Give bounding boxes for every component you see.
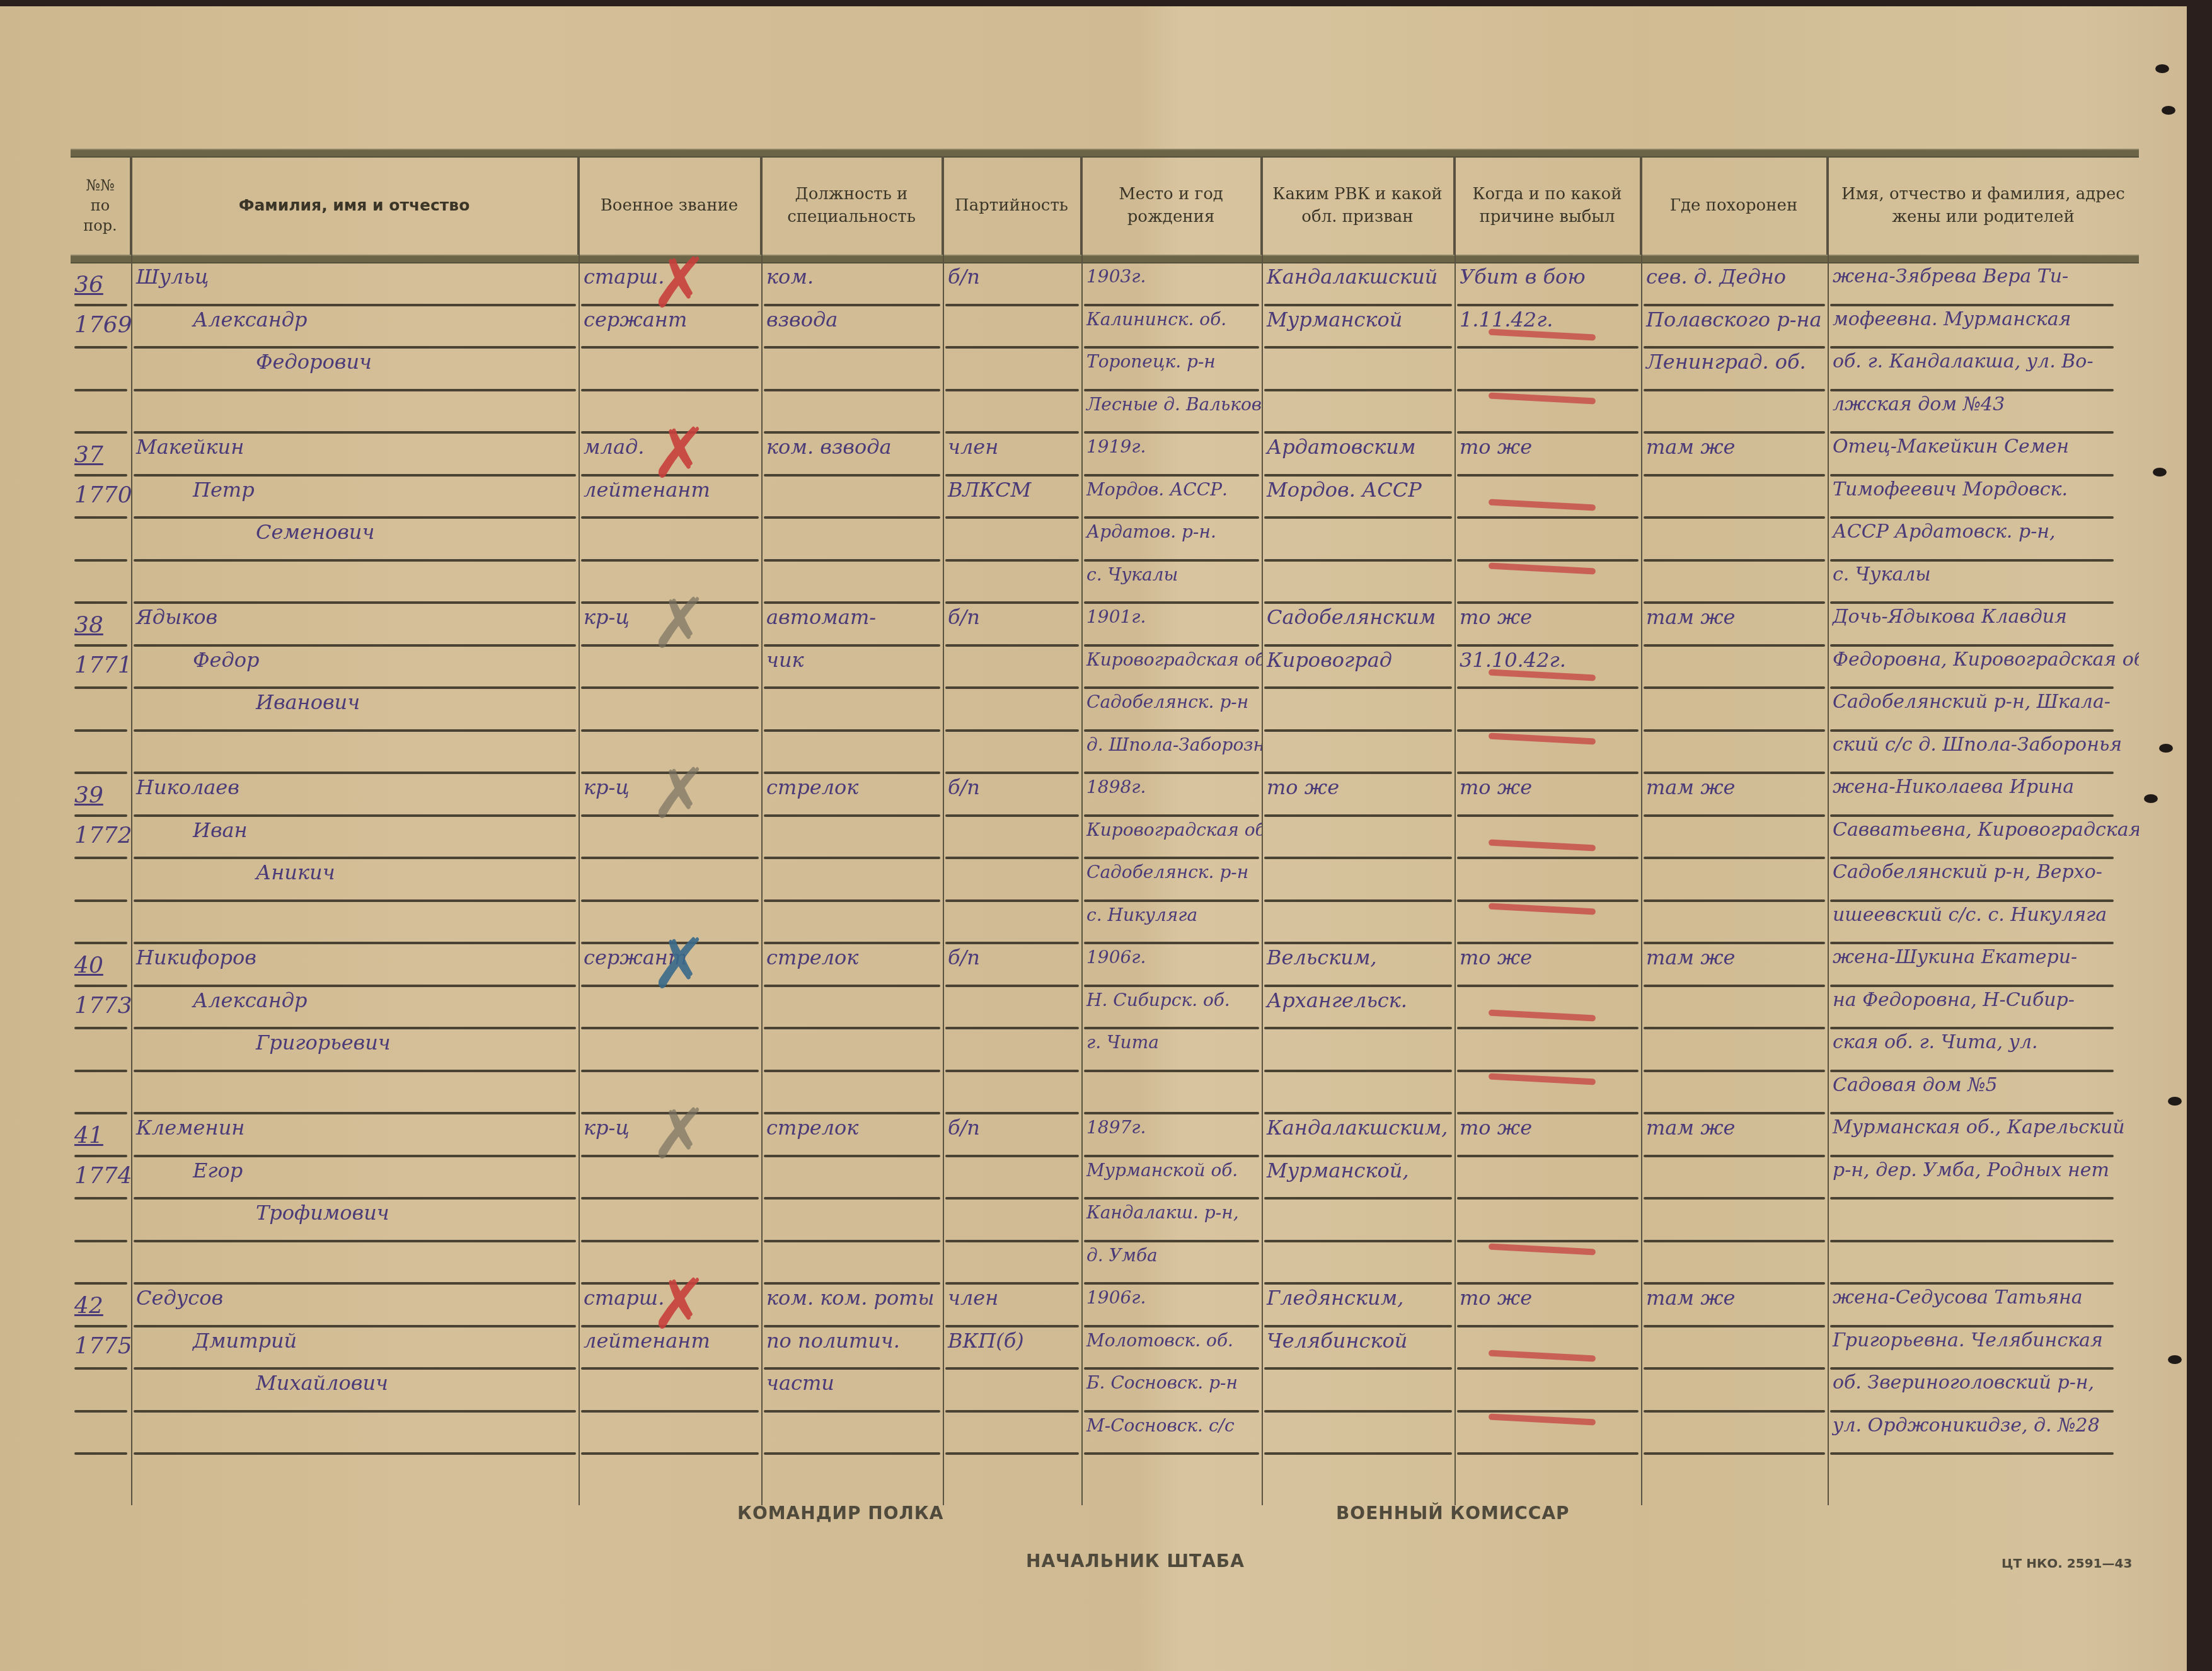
- ruled-line: [74, 559, 127, 562]
- ruled-line: [945, 304, 1079, 306]
- ruled-line: [74, 1240, 127, 1242]
- red-pencil-dash: [1489, 1244, 1596, 1256]
- ruled-line: [74, 516, 127, 519]
- sequence-number: 37: [74, 435, 132, 475]
- register-number: 1773: [74, 986, 132, 1026]
- ruled-line: [1644, 686, 1825, 689]
- ruled-line: [764, 389, 940, 391]
- ruled-line: [1644, 985, 1825, 987]
- ruled-line: [1830, 1452, 2114, 1455]
- ruled-line: [1644, 389, 1825, 391]
- table-row: 401773НикифоровАлександрГригорьевичсержа…: [71, 944, 2139, 1114]
- header-rank: Военное звание: [579, 156, 761, 255]
- cell-rvk: Кировоград: [1262, 633, 1455, 687]
- signature-chief-of-staff: НАЧАЛЬНИК ШТАБА: [1026, 1551, 1245, 1571]
- ruled-line: [1457, 1367, 1639, 1370]
- binding-hole: [2168, 1097, 2182, 1106]
- ruled-line: [134, 1410, 576, 1413]
- check-mark-icon: ✗: [650, 419, 708, 488]
- ruled-line: [74, 1070, 127, 1072]
- check-mark-icon: ✗: [650, 759, 708, 828]
- document-sheet: №№ по пор. Фамилия, имя и отчество Военн…: [0, 6, 2187, 1671]
- signature-commander: КОМАНДИР ПОЛКА: [737, 1503, 943, 1524]
- cell-buried: там же: [1641, 760, 1828, 814]
- ruled-line: [764, 899, 940, 902]
- header-buried: Где похоронен: [1641, 156, 1828, 255]
- ruled-line: [134, 1452, 576, 1455]
- ruled-line: [945, 1155, 1079, 1157]
- binding-hole: [2168, 1355, 2182, 1364]
- ruled-line: [1264, 1367, 1452, 1370]
- ruled-line: [581, 729, 759, 732]
- check-mark-icon: ✗: [650, 1269, 708, 1339]
- cell-party: б/п: [943, 1101, 1081, 1155]
- cell-name: Семенович: [251, 505, 579, 559]
- ruled-line: [1644, 559, 1825, 562]
- ruled-line: [74, 346, 127, 349]
- cell-when: 31.10.42г.: [1455, 633, 1641, 687]
- cell-party: б/п: [943, 590, 1081, 644]
- ruled-line: [1264, 1240, 1452, 1242]
- ruled-line: [1644, 1070, 1825, 1072]
- cell-party: ВКП(б): [943, 1314, 1081, 1368]
- register-number: 1774: [74, 1156, 132, 1196]
- ruled-line: [1457, 389, 1639, 391]
- ruled-line: [1644, 814, 1825, 817]
- ruled-line: [1644, 516, 1825, 519]
- header-num: №№ по пор.: [71, 156, 131, 255]
- ruled-line: [764, 729, 940, 732]
- cell-position: взвода: [761, 292, 943, 347]
- ruled-line: [945, 559, 1079, 562]
- ruled-line: [581, 899, 759, 902]
- header-rvk: Каким РВК и какой обл. призван: [1262, 156, 1455, 255]
- binding-hole: [2155, 64, 2169, 73]
- cell-when: 1.11.42г.: [1455, 292, 1641, 347]
- ruled-line: [1457, 1240, 1639, 1242]
- ruled-line: [945, 857, 1079, 859]
- red-pencil-dash: [1489, 1010, 1596, 1022]
- header-relatives: Имя, отчество и фамилия, адрес жены или …: [1828, 156, 2139, 255]
- cell-buried: там же: [1641, 930, 1828, 985]
- cell-rvk: то же: [1262, 760, 1455, 814]
- ruled-line: [581, 1452, 759, 1455]
- ruled-line: [1264, 1197, 1452, 1200]
- ruled-line: [74, 857, 127, 859]
- ruled-line: [1457, 686, 1639, 689]
- ruled-line: [764, 559, 940, 562]
- entry-number: 421775: [74, 1286, 132, 1367]
- ruled-line: [1644, 644, 1825, 647]
- cell-position: стрелок: [761, 1101, 943, 1155]
- sequence-number: 41: [74, 1116, 132, 1156]
- ruled-line: [945, 985, 1079, 987]
- binding-hole: [2153, 468, 2167, 477]
- register-number: 1769: [74, 305, 132, 345]
- ruled-line: [764, 857, 940, 859]
- header-name: Фамилия, имя и отчество: [131, 156, 579, 255]
- ruled-line: [1644, 899, 1825, 902]
- ruled-line: [1264, 899, 1452, 902]
- cell-buried: там же: [1641, 420, 1828, 474]
- table-row: 421775СедусовДмитрийМихайловичстарш.лейт…: [71, 1285, 2139, 1455]
- ruled-line: [1644, 857, 1825, 859]
- cell-rvk: Архангельск.: [1262, 973, 1455, 1027]
- cell-rvk: Мурманской,: [1262, 1143, 1455, 1198]
- ruled-line: [1830, 1197, 2114, 1200]
- ruled-line: [74, 899, 127, 902]
- sequence-number: 36: [74, 265, 132, 305]
- ruled-line: [134, 1070, 576, 1072]
- red-pencil-dash: [1489, 1073, 1596, 1085]
- ruled-line: [945, 1452, 1079, 1455]
- cell-relatives: р-н, дер. Умба, Родных нет: [1828, 1143, 2139, 1198]
- entry-number: 391772: [74, 775, 132, 856]
- entry-number: 371770: [74, 435, 132, 516]
- ruled-line: [581, 1367, 759, 1370]
- signature-commissar: ВОЕННЫЙ КОМИССАР: [1336, 1503, 1570, 1524]
- ruled-line: [945, 1197, 1079, 1200]
- cell-when: то же: [1455, 420, 1641, 474]
- ruled-line: [1457, 985, 1639, 987]
- register-number: 1775: [74, 1326, 132, 1367]
- ruled-line: [1457, 1452, 1639, 1455]
- red-pencil-dash: [1489, 1350, 1596, 1362]
- header-party: Партийность: [943, 156, 1081, 255]
- ruled-line: [581, 1410, 759, 1413]
- ruled-line: [764, 1452, 940, 1455]
- ruled-line: [945, 346, 1079, 349]
- ruled-line: [764, 346, 940, 349]
- cell-when: то же: [1455, 930, 1641, 985]
- ruled-line: [1457, 1325, 1639, 1327]
- ruled-line: [1644, 1410, 1825, 1413]
- ruled-line: [1264, 1410, 1452, 1413]
- ruled-line: [1264, 814, 1452, 817]
- table-row: 361769ШульцАлександрФедоровичстарш.сержа…: [71, 263, 2139, 434]
- ruled-line: [1644, 1367, 1825, 1370]
- ruled-line: [1264, 857, 1452, 859]
- ruled-line: [945, 899, 1079, 902]
- cell-name: Федорович: [251, 335, 579, 389]
- red-pencil-dash: [1489, 393, 1596, 405]
- ruled-line: [74, 389, 127, 391]
- ruled-line: [1264, 516, 1452, 519]
- ruled-line: [581, 1027, 759, 1029]
- ruled-line: [764, 474, 940, 477]
- check-mark-icon: ✗: [650, 1099, 708, 1169]
- ruled-line: [764, 985, 940, 987]
- ruled-line: [1084, 1070, 1259, 1072]
- ruled-line: [1457, 857, 1639, 859]
- table-row: 381771ЯдыковФедорИвановичкр-цавтомат-чик…: [71, 604, 2139, 774]
- ruled-line: [1264, 559, 1452, 562]
- ruled-line: [1644, 1197, 1825, 1200]
- header-birth: Место и год рождения: [1081, 156, 1262, 255]
- cell-position: ком. взвода: [761, 420, 943, 474]
- red-pencil-dash: [1489, 563, 1596, 575]
- cell-party: б/п: [943, 760, 1081, 814]
- ruled-line: [74, 1367, 127, 1370]
- sequence-number: 39: [74, 775, 132, 816]
- cell-relatives: ул. Орджоникидзе, д. №28: [1828, 1399, 2139, 1453]
- ruled-line: [764, 516, 940, 519]
- ruled-line: [945, 1240, 1079, 1242]
- ruled-line: [581, 1240, 759, 1242]
- cell-when: то же: [1455, 760, 1641, 814]
- ruled-line: [1457, 559, 1639, 562]
- cell-rvk: Мордов. АССР: [1262, 463, 1455, 517]
- ruled-line: [581, 516, 759, 519]
- ruled-line: [945, 686, 1079, 689]
- ruled-line: [1457, 516, 1639, 519]
- ruled-line: [134, 729, 576, 732]
- ruled-line: [74, 1452, 127, 1455]
- form-code: ЦТ НКО. 2591—43: [2002, 1556, 2132, 1571]
- ruled-line: [945, 516, 1079, 519]
- binding-hole: [2162, 106, 2175, 115]
- ruled-line: [764, 1155, 940, 1157]
- ruled-line: [945, 814, 1079, 817]
- red-pencil-dash: [1489, 499, 1596, 511]
- check-mark-icon: ✗: [650, 248, 708, 318]
- cell-birth: М-Сосновск. с/с: [1081, 1399, 1262, 1453]
- cell-position: стрелок: [761, 760, 943, 814]
- ruled-line: [581, 1197, 759, 1200]
- ruled-line: [134, 389, 576, 391]
- cell-position: части: [761, 1356, 943, 1410]
- ruled-line: [1457, 899, 1639, 902]
- ruled-line: [1644, 1325, 1825, 1327]
- ruled-line: [1644, 1452, 1825, 1455]
- ruled-line: [1644, 474, 1825, 477]
- cell-buried: Ленинград. об.: [1641, 335, 1828, 389]
- cell-name: Григорьевич: [251, 1015, 579, 1070]
- binding-hole: [2159, 744, 2173, 753]
- cell-buried: там же: [1641, 1271, 1828, 1325]
- ruled-line: [1264, 1027, 1452, 1029]
- cell-rvk: Челябинской: [1262, 1314, 1455, 1368]
- ruled-line: [74, 686, 127, 689]
- ruled-line: [581, 686, 759, 689]
- check-mark-icon: ✗: [650, 589, 708, 658]
- ruled-line: [764, 1070, 940, 1072]
- ruled-line: [581, 857, 759, 859]
- cell-party: ВЛКСМ: [943, 463, 1081, 517]
- register-number: 1770: [74, 475, 132, 516]
- ruled-line: [1457, 729, 1639, 732]
- entry-number: 401773: [74, 945, 132, 1026]
- sequence-number: 38: [74, 605, 132, 645]
- ruled-line: [1457, 1410, 1639, 1413]
- ruled-line: [1644, 729, 1825, 732]
- ruled-line: [1264, 729, 1452, 732]
- ruled-line: [1264, 1452, 1452, 1455]
- ruled-line: [74, 1410, 127, 1413]
- ruled-line: [581, 1070, 759, 1072]
- ruled-line: [1644, 1155, 1825, 1157]
- ruled-line: [1457, 346, 1639, 349]
- ruled-line: [764, 686, 940, 689]
- ruled-line: [581, 346, 759, 349]
- ruled-line: [1084, 1452, 1259, 1455]
- ruled-line: [1457, 1155, 1639, 1157]
- ruled-line: [1457, 1070, 1639, 1072]
- register-number: 1772: [74, 816, 132, 856]
- entry-number: 411774: [74, 1116, 132, 1196]
- ruled-line: [134, 1240, 576, 1242]
- entry-number: 361769: [74, 265, 132, 345]
- ruled-line: [1264, 389, 1452, 391]
- ruled-line: [74, 1197, 127, 1200]
- cell-name: Трофимович: [251, 1186, 579, 1240]
- ruled-line: [1830, 1240, 2114, 1242]
- ruled-line: [74, 729, 127, 732]
- red-pencil-dash: [1489, 1414, 1596, 1426]
- cell-when: то же: [1455, 1271, 1641, 1325]
- ruled-line: [945, 729, 1079, 732]
- ruled-line: [1457, 1027, 1639, 1029]
- ruled-line: [134, 899, 576, 902]
- cell-name: Михайлович: [251, 1356, 579, 1410]
- ruled-line: [945, 389, 1079, 391]
- ruled-line: [764, 1027, 940, 1029]
- ruled-line: [945, 1367, 1079, 1370]
- table-row: 371770МакейкинПетрСеменовичмлад.лейтенан…: [71, 434, 2139, 604]
- cell-name: Аникич: [251, 845, 579, 899]
- header-position: Должность и специальность: [761, 156, 943, 255]
- red-pencil-dash: [1489, 733, 1596, 745]
- ruled-line: [1457, 1197, 1639, 1200]
- ruled-line: [764, 1240, 940, 1242]
- ruled-line: [74, 1027, 127, 1029]
- check-mark-icon: ✗: [650, 929, 708, 998]
- cell-party: б/п: [943, 250, 1081, 304]
- table-row: 411774КлеменинЕгорТрофимовичкр-цстрелокб…: [71, 1114, 2139, 1285]
- table-row: 391772НиколаевИванАникичкр-цстрелокб/п18…: [71, 774, 2139, 944]
- ruled-line: [764, 1410, 940, 1413]
- ruled-line: [581, 559, 759, 562]
- binding-hole: [2144, 794, 2158, 803]
- ruled-line: [1457, 474, 1639, 477]
- ruled-line: [945, 644, 1079, 647]
- register-number: 1771: [74, 645, 132, 686]
- ruled-line: [1264, 346, 1452, 349]
- ruled-line: [1644, 1027, 1825, 1029]
- ruled-line: [1264, 1070, 1452, 1072]
- cell-position: чик: [761, 633, 943, 687]
- ruled-line: [1644, 1240, 1825, 1242]
- ruled-line: [581, 389, 759, 391]
- red-pencil-dash: [1489, 903, 1596, 915]
- sequence-number: 40: [74, 945, 132, 986]
- ruled-line: [764, 1197, 940, 1200]
- entry-number: 381771: [74, 605, 132, 686]
- ruled-line: [945, 1070, 1079, 1072]
- cell-position: стрелок: [761, 930, 943, 985]
- ruled-line: [764, 814, 940, 817]
- header-when: Когда и по какой причине выбыл: [1455, 156, 1641, 255]
- cell-party: б/п: [943, 930, 1081, 985]
- cell-name: Иванович: [251, 675, 579, 729]
- cell-buried: там же: [1641, 1101, 1828, 1155]
- sequence-number: 42: [74, 1286, 132, 1326]
- ruled-line: [945, 1027, 1079, 1029]
- ruled-line: [945, 1410, 1079, 1413]
- ruled-line: [134, 559, 576, 562]
- cell-buried: там же: [1641, 590, 1828, 644]
- ruled-line: [1264, 686, 1452, 689]
- cell-rvk: Мурманской: [1262, 292, 1455, 347]
- red-pencil-dash: [1489, 840, 1596, 852]
- cell-birth: г. Чита: [1081, 1015, 1262, 1070]
- ruled-line: [1457, 814, 1639, 817]
- cell-when: то же: [1455, 1101, 1641, 1155]
